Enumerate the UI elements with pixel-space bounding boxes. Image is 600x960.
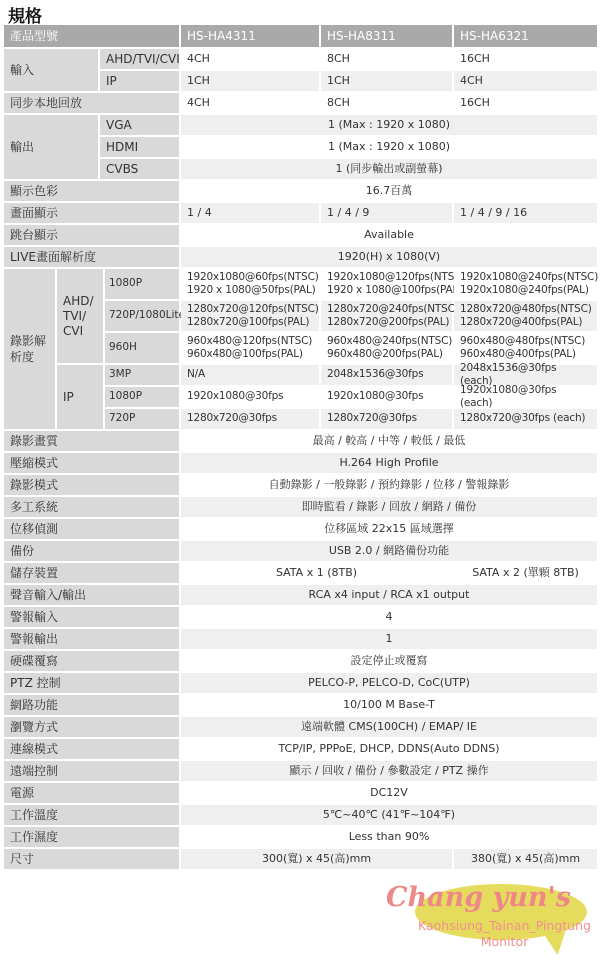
table-row: 960H 960x480@120fps(NTSC) 960x480@100fps… bbox=[105, 333, 597, 363]
table-row: PTZ 控制 PELCO-P, PELCO-D, CoC(UTP) bbox=[4, 673, 597, 693]
cell-value: 1280x720@30fps (each) bbox=[454, 409, 597, 429]
cell-value: 16CH bbox=[454, 49, 597, 69]
cell-value: 1CH bbox=[181, 71, 319, 91]
row-label-recording-quality: 錄影畫質 bbox=[4, 431, 179, 451]
row-label-live-resolution: LIVE畫面解析度 bbox=[4, 247, 179, 267]
cell-value: N/A bbox=[181, 365, 319, 385]
row-label-network: 網路功能 bbox=[4, 695, 179, 715]
header-label: 產品型號 bbox=[4, 25, 179, 47]
row-label-recording-mode: 錄影模式 bbox=[4, 475, 179, 495]
cell-value: SATA x 1 (8TB) bbox=[181, 563, 452, 583]
table-row: LIVE畫面解析度 1920(H) x 1080(V) bbox=[4, 247, 597, 267]
cell-value: 4CH bbox=[181, 49, 319, 69]
cell-value: 1280x720@480fps(NTSC) 1280x720@400fps(PA… bbox=[454, 301, 597, 331]
cell-value: 自動錄影 / 一般錄影 / 預約錄影 / 位移 / 警報錄影 bbox=[181, 475, 597, 495]
table-row: VGA 1 (Max : 1920 x 1080) bbox=[100, 115, 597, 135]
table-row: 尺寸 300(寬) x 45(高)mm 380(寬) x 45(高)mm bbox=[4, 849, 597, 869]
row-label-sequence-display: 跳台顯示 bbox=[4, 225, 179, 245]
cell-value: H.264 High Profile bbox=[181, 453, 597, 473]
table-row: 位移偵測 位移區域 22x15 區域選擇 bbox=[4, 519, 597, 539]
cell-value: 1920x1080@30fps bbox=[321, 387, 452, 407]
header-row: 產品型號 HS-HA4311 HS-HA8311 HS-HA6321 bbox=[4, 25, 597, 47]
cell-value: 960x480@240fps(NTSC) 960x480@200fps(PAL) bbox=[321, 333, 452, 363]
row-group-output: 輸出 VGA 1 (Max : 1920 x 1080) HDMI 1 (Max… bbox=[4, 115, 597, 179]
table-row: AHD/TVI/CVI 4CH 8CH 16CH bbox=[100, 49, 597, 69]
cell-value: 1920(H) x 1080(V) bbox=[181, 247, 597, 267]
cell-value: 1 (同步輸出或副螢幕) bbox=[181, 159, 597, 179]
row-label-motion-detect: 位移偵測 bbox=[4, 519, 179, 539]
row-label-ptz-control: PTZ 控制 bbox=[4, 673, 179, 693]
sub-label-3mp: 3MP bbox=[105, 365, 179, 385]
cell-value: Less than 90% bbox=[181, 827, 597, 847]
table-row: 硬碟覆寫 設定停止或覆寫 bbox=[4, 651, 597, 671]
table-row: 多工系統 即時監看 / 錄影 / 回放 / 網路 / 備份 bbox=[4, 497, 597, 517]
watermark-region: Kaohsiung_Tainan_Pingtung bbox=[412, 918, 597, 933]
cell-value: 4CH bbox=[181, 93, 319, 113]
table-row: 跳台顯示 Available bbox=[4, 225, 597, 245]
cell-value: 1 / 4 / 9 bbox=[321, 203, 452, 223]
sub-label-1080p: 1080P bbox=[105, 269, 179, 299]
cell-value: 位移區域 22x15 區域選擇 bbox=[181, 519, 597, 539]
sub-label-ip: IP bbox=[57, 365, 103, 429]
cell-value: 4CH bbox=[454, 71, 597, 91]
spec-table: 產品型號 HS-HA4311 HS-HA8311 HS-HA6321 輸入 AH… bbox=[4, 25, 597, 869]
table-row: 工作濕度 Less than 90% bbox=[4, 827, 597, 847]
sub-label-720p-1080lite: 720P/1080Lite bbox=[105, 301, 179, 331]
cell-value: Available bbox=[181, 225, 597, 245]
cell-value: 2048x1536@30fps bbox=[321, 365, 452, 385]
row-label-recording-resolution: 錄影解析度 bbox=[4, 269, 55, 429]
sub-label-hdmi: HDMI bbox=[100, 137, 179, 157]
cell-value: 960x480@120fps(NTSC) 960x480@100fps(PAL) bbox=[181, 333, 319, 363]
table-row: 1080P 1920x1080@60fps(NTSC) 1920 x 1080@… bbox=[105, 269, 597, 299]
cell-value: USB 2.0 / 網路備份功能 bbox=[181, 541, 597, 561]
cell-value: RCA x4 input / RCA x1 output bbox=[181, 585, 597, 605]
table-row: 720P/1080Lite 1280x720@120fps(NTSC) 1280… bbox=[105, 301, 597, 331]
row-label-storage: 儲存裝置 bbox=[4, 563, 179, 583]
cell-value: 1920x1080@120fps(NTSC) 1920 x 1080@100fp… bbox=[321, 269, 452, 299]
row-group-recording-resolution: 錄影解析度 AHD/ TVI/ CVI 1080P 1920x1080@60fp… bbox=[4, 269, 597, 429]
sub-group-ip: IP 3MP N/A 2048x1536@30fps 2048x1536@30f… bbox=[57, 365, 597, 429]
cell-value: 5℃~40℃ (41℉~104℉) bbox=[181, 805, 597, 825]
cell-value: 1920x1080@30fps (each) bbox=[454, 387, 597, 407]
cell-value: 遠端軟體 CMS(100CH) / EMAP/ IE bbox=[181, 717, 597, 737]
row-label-display-color: 顯示色彩 bbox=[4, 181, 179, 201]
cell-value: 1280x720@30fps bbox=[321, 409, 452, 429]
sub-label-vga: VGA bbox=[100, 115, 179, 135]
table-row: 畫面顯示 1 / 4 1 / 4 / 9 1 / 4 / 9 / 16 bbox=[4, 203, 597, 223]
table-row: 備份 USB 2.0 / 網路備份功能 bbox=[4, 541, 597, 561]
table-row: 網路功能 10/100 M Base-T bbox=[4, 695, 597, 715]
row-label-compression: 壓縮模式 bbox=[4, 453, 179, 473]
cell-value: 1280x720@240fps(NTSC) 1280x720@200fps(PA… bbox=[321, 301, 452, 331]
table-row: CVBS 1 (同步輸出或副螢幕) bbox=[100, 159, 597, 179]
model-name-3: HS-HA6321 bbox=[454, 25, 597, 47]
cell-value: 300(寬) x 45(高)mm bbox=[181, 849, 452, 869]
row-label-output: 輸出 bbox=[4, 115, 98, 179]
table-row: 錄影模式 自動錄影 / 一般錄影 / 預約錄影 / 位移 / 警報錄影 bbox=[4, 475, 597, 495]
row-label-backup: 備份 bbox=[4, 541, 179, 561]
table-row: 遠端控制 顯示 / 回收 / 備份 / 參數設定 / PTZ 操作 bbox=[4, 761, 597, 781]
sub-label-ip-720p: 720P bbox=[105, 409, 179, 429]
cell-value: 2048x1536@30fps (each) bbox=[454, 365, 597, 385]
row-label-operating-humidity: 工作濕度 bbox=[4, 827, 179, 847]
row-label-sync-playback: 同步本地回放 bbox=[4, 93, 179, 113]
cell-value: 1 / 4 bbox=[181, 203, 319, 223]
cell-value: 16CH bbox=[454, 93, 597, 113]
table-row: 儲存裝置 SATA x 1 (8TB) SATA x 2 (單顆 8TB) bbox=[4, 563, 597, 583]
cell-value: 1 (Max : 1920 x 1080) bbox=[181, 115, 597, 135]
table-row: HDMI 1 (Max : 1920 x 1080) bbox=[100, 137, 597, 157]
sub-label-960h: 960H bbox=[105, 333, 179, 363]
cell-value: 4 bbox=[181, 607, 597, 627]
row-label-hdd-overwrite: 硬碟覆寫 bbox=[4, 651, 179, 671]
row-label-remote-control: 遠端控制 bbox=[4, 761, 179, 781]
table-row: 錄影畫質 最高 / 較高 / 中等 / 較低 / 最低 bbox=[4, 431, 597, 451]
cell-value: PELCO-P, PELCO-D, CoC(UTP) bbox=[181, 673, 597, 693]
cell-value: 8CH bbox=[321, 93, 452, 113]
row-label-input: 輸入 bbox=[4, 49, 98, 91]
sub-label-cvbs: CVBS bbox=[100, 159, 179, 179]
cell-value: 1 (Max : 1920 x 1080) bbox=[181, 137, 597, 157]
table-row: 警報輸入 4 bbox=[4, 607, 597, 627]
table-row: IP 1CH 1CH 4CH bbox=[100, 71, 597, 91]
cell-value: 380(寬) x 45(高)mm bbox=[454, 849, 597, 869]
row-label-browse-method: 瀏覽方式 bbox=[4, 717, 179, 737]
model-name-1: HS-HA4311 bbox=[181, 25, 319, 47]
row-label-screen-display: 畫面顯示 bbox=[4, 203, 179, 223]
row-label-multiplex: 多工系統 bbox=[4, 497, 179, 517]
cell-value: 1CH bbox=[321, 71, 452, 91]
cell-value: 設定停止或覆寫 bbox=[181, 651, 597, 671]
sub-label-ahd-tvi-cvi: AHD/ TVI/ CVI bbox=[57, 269, 103, 363]
table-row: 顯示色彩 16.7百萬 bbox=[4, 181, 597, 201]
row-label-alarm-input: 警報輸入 bbox=[4, 607, 179, 627]
page-title: 規格 bbox=[8, 2, 42, 27]
row-label-power: 電源 bbox=[4, 783, 179, 803]
model-name-2: HS-HA8311 bbox=[321, 25, 452, 47]
cell-value: 1 / 4 / 9 / 16 bbox=[454, 203, 597, 223]
sub-label-ip-1080p: 1080P bbox=[105, 387, 179, 407]
table-row: 1080P 1920x1080@30fps 1920x1080@30fps 19… bbox=[105, 387, 597, 407]
cell-value: SATA x 2 (單顆 8TB) bbox=[454, 563, 597, 583]
cell-value: 10/100 M Base-T bbox=[181, 695, 597, 715]
cell-value: 8CH bbox=[321, 49, 452, 69]
cell-value: 最高 / 較高 / 中等 / 較低 / 最低 bbox=[181, 431, 597, 451]
cell-value: 1920x1080@30fps bbox=[181, 387, 319, 407]
sub-label-ahd: AHD/TVI/CVI bbox=[100, 49, 179, 69]
watermark-brand: Chang yun's bbox=[386, 882, 596, 913]
table-row: 連線模式 TCP/IP, PPPoE, DHCP, DDNS(Auto DDNS… bbox=[4, 739, 597, 759]
watermark-monitor: Monitor bbox=[412, 934, 597, 949]
table-row: 720P 1280x720@30fps 1280x720@30fps 1280x… bbox=[105, 409, 597, 429]
cell-value: 1920x1080@240fps(NTSC) 1920x1080@240fps(… bbox=[454, 269, 597, 299]
cell-value: 即時監看 / 錄影 / 回放 / 網路 / 備份 bbox=[181, 497, 597, 517]
table-row: 電源 DC12V bbox=[4, 783, 597, 803]
cell-value: 顯示 / 回收 / 備份 / 參數設定 / PTZ 操作 bbox=[181, 761, 597, 781]
table-row: 壓縮模式 H.264 High Profile bbox=[4, 453, 597, 473]
table-row: 警報輸出 1 bbox=[4, 629, 597, 649]
cell-value: 960x480@480fps(NTSC) 960x480@400fps(PAL) bbox=[454, 333, 597, 363]
row-group-input: 輸入 AHD/TVI/CVI 4CH 8CH 16CH IP 1CH 1CH 4… bbox=[4, 49, 597, 91]
cell-value: 1920x1080@60fps(NTSC) 1920 x 1080@50fps(… bbox=[181, 269, 319, 299]
cell-value: 1 bbox=[181, 629, 597, 649]
row-label-audio-io: 聲音輸入/輸出 bbox=[4, 585, 179, 605]
cell-value: 1280x720@30fps bbox=[181, 409, 319, 429]
row-label-operating-temp: 工作溫度 bbox=[4, 805, 179, 825]
row-label-dimensions: 尺寸 bbox=[4, 849, 179, 869]
sub-group-ahd: AHD/ TVI/ CVI 1080P 1920x1080@60fps(NTSC… bbox=[57, 269, 597, 363]
row-label-connection-mode: 連線模式 bbox=[4, 739, 179, 759]
table-row: 工作溫度 5℃~40℃ (41℉~104℉) bbox=[4, 805, 597, 825]
table-row: 3MP N/A 2048x1536@30fps 2048x1536@30fps … bbox=[105, 365, 597, 385]
table-row: 同步本地回放 4CH 8CH 16CH bbox=[4, 93, 597, 113]
cell-value: TCP/IP, PPPoE, DHCP, DDNS(Auto DDNS) bbox=[181, 739, 597, 759]
row-label-alarm-output: 警報輸出 bbox=[4, 629, 179, 649]
cell-value: 16.7百萬 bbox=[181, 181, 597, 201]
table-row: 聲音輸入/輸出 RCA x4 input / RCA x1 output bbox=[4, 585, 597, 605]
sub-label-ip: IP bbox=[100, 71, 179, 91]
table-row: 瀏覽方式 遠端軟體 CMS(100CH) / EMAP/ IE bbox=[4, 717, 597, 737]
cell-value: 1280x720@120fps(NTSC) 1280x720@100fps(PA… bbox=[181, 301, 319, 331]
cell-value: DC12V bbox=[181, 783, 597, 803]
